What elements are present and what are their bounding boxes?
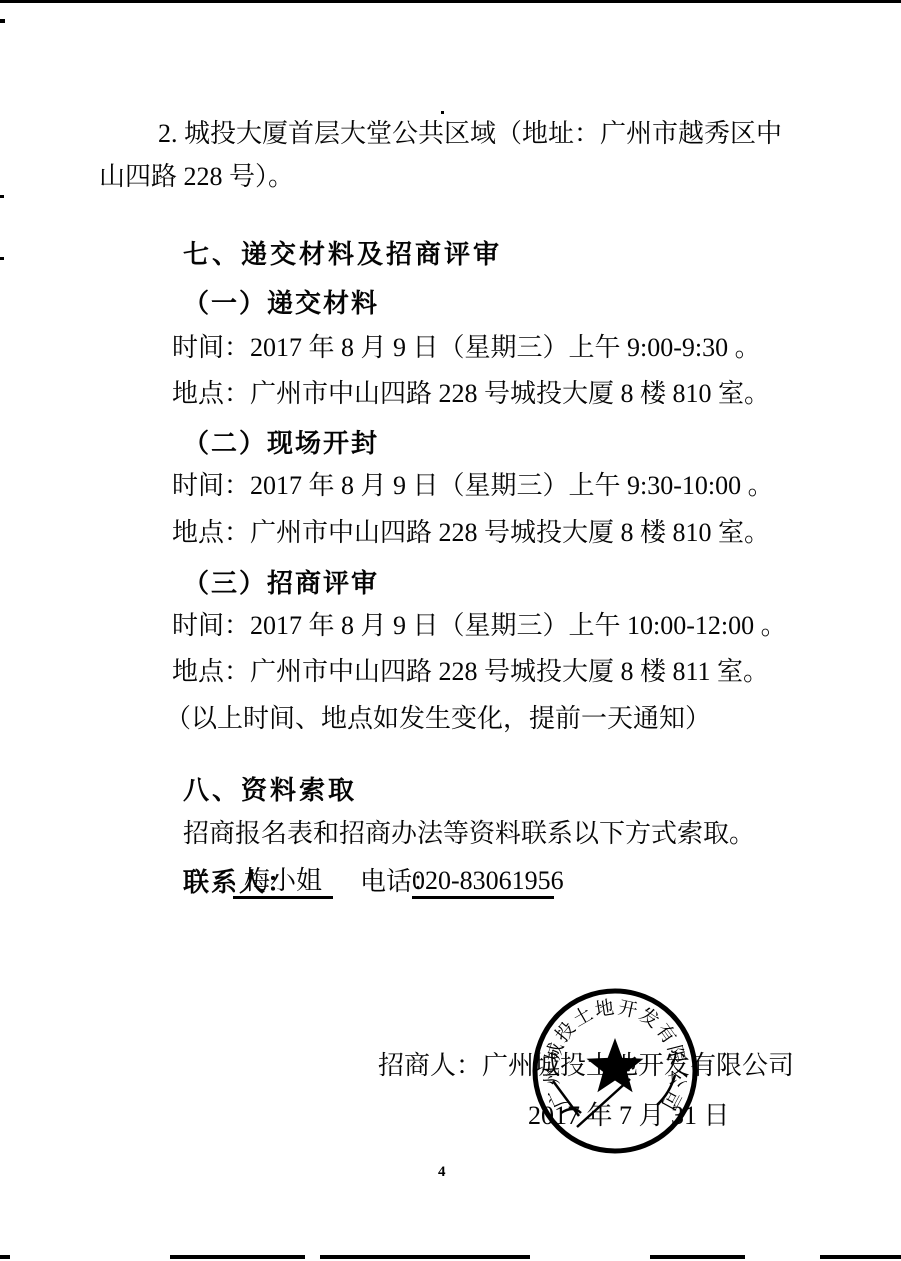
section7-sub2-time: 时间：2017 年 8 月 9 日（星期三）上午 9:30-10:00 。 [172, 470, 774, 502]
contact-name-blank: 梅小姐 [233, 866, 333, 899]
document-page: 2. 城投大厦首层大堂公共区域（地址：广州市越秀区中 山四路 228 号）。 七… [0, 0, 901, 1261]
section7-sub3-place: 地点：广州市中山四路 228 号城投大厦 8 楼 811 室。 [172, 656, 769, 688]
section7-sub1-time: 时间：2017 年 8 月 9 日（星期三）上午 9:00-9:30 。 [172, 332, 761, 364]
section7-heading: 七、递交材料及招商评审 [183, 238, 502, 270]
scan-bottom-dash [170, 1255, 305, 1259]
scan-bottom-dash [0, 1255, 10, 1259]
scan-speck [0, 19, 5, 23]
scan-speck [0, 257, 4, 260]
scan-speck [441, 111, 444, 114]
company-seal: 广州城投土地开发有限公司 [523, 979, 707, 1163]
phone-number-blank: 020-83061956 [412, 866, 554, 899]
page-number: 4 [438, 1164, 446, 1181]
section7-sub1-heading: （一）递交材料 [183, 287, 379, 319]
scan-top-edge-line [0, 0, 901, 3]
scan-speck [0, 195, 4, 198]
scan-bottom-dash [320, 1255, 530, 1259]
company-seal-graphic: 广州城投土地开发有限公司 [523, 979, 707, 1163]
section7-note: （以上时间、地点如发生变化，提前一天通知） [165, 703, 711, 735]
paragraph-venue-line2: 山四路 228 号）。 [99, 161, 294, 193]
section8-body: 招商报名表和招商办法等资料联系以下方式索取。 [183, 818, 755, 850]
seal-star-icon [587, 1038, 644, 1092]
section7-sub1-place: 地点：广州市中山四路 228 号城投大厦 8 楼 810 室。 [172, 378, 770, 410]
scan-bottom-dash [820, 1255, 901, 1259]
paragraph-venue-line1: 2. 城投大厦首层大堂公共区域（地址：广州市越秀区中 [158, 118, 782, 150]
section7-sub3-time: 时间：2017 年 8 月 9 日（星期三）上午 10:00-12:00 。 [172, 610, 787, 642]
section8-heading: 八、资料索取 [183, 774, 357, 806]
section7-sub2-place: 地点：广州市中山四路 228 号城投大厦 8 楼 810 室。 [172, 517, 770, 549]
scan-bottom-dash [650, 1255, 745, 1259]
section7-sub3-heading: （三）招商评审 [183, 567, 379, 599]
section7-sub2-heading: （二）现场开封 [183, 427, 379, 459]
